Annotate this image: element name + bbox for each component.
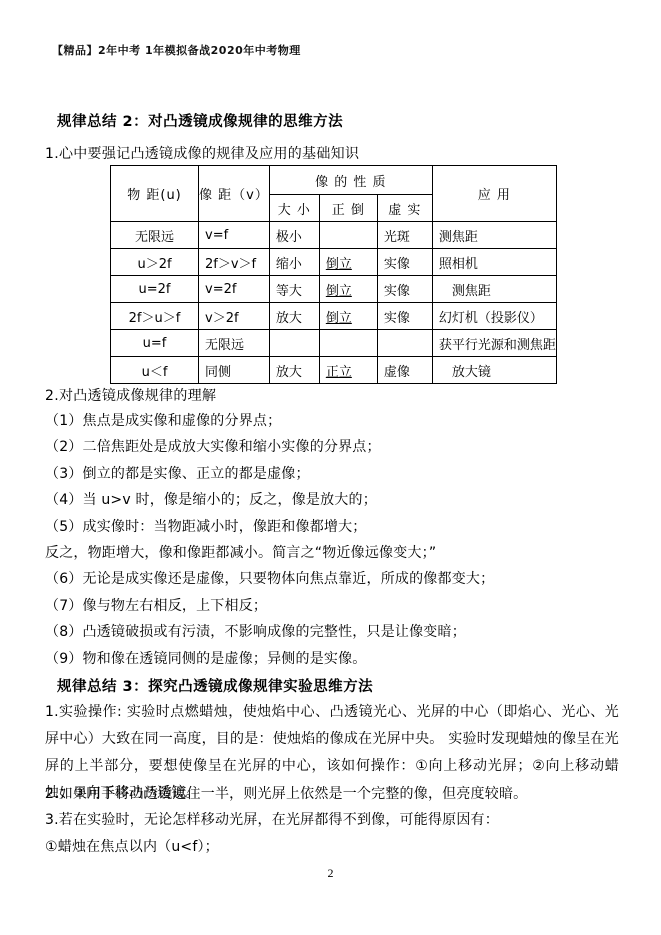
table-cell: 倒立 (319, 303, 377, 330)
table-cell: 无限远 (199, 330, 270, 357)
table-cell: 无限远 (111, 222, 199, 249)
col-header-orientation: 正 倒 (319, 195, 377, 222)
document-header: 【精品】2年中考 1年模拟备战2020年中考物理 (52, 42, 301, 58)
table-cell: 实像 (377, 303, 432, 330)
list-item: （1）焦点是成实像和虚像的分界点； (45, 408, 625, 434)
col-header-real-virtual: 虚 实 (377, 195, 432, 222)
half-cover-paragraph: 2.如果用手将凸透镜遮住一半，则光屏上依然是一个完整的像，但亮度较暗。 (45, 781, 527, 808)
table-row: 2f＞u＞fv＞2f放大倒立实像幻灯机（投影仪） (111, 303, 557, 330)
list-item: （8）凸透镜破损或有污渍，不影响成像的完整性，只是让像变暗； (45, 619, 625, 645)
table-cell: u＞2f (111, 249, 199, 276)
understanding-heading: 2.对凸透镜成像规律的理解 (45, 385, 216, 405)
col-header-size: 大 小 (269, 195, 319, 222)
table-cell: u=2f (111, 276, 199, 303)
page-number: 2 (0, 866, 661, 881)
table-cell: 极小 (269, 222, 319, 249)
list-item: （4）当 u>v 时，像是缩小的；反之，像是放大的； (45, 487, 625, 513)
table-cell (319, 222, 377, 249)
table-header-row-1: 物 距(u) 像 距（v） 像 的 性 质 应 用 (111, 166, 557, 195)
list-item: 反之，物距增大，像和像距都减小。简言之“物近像远像变大；” (45, 540, 625, 566)
table-cell: u＜f (111, 357, 199, 384)
list-item: （3）倒立的都是实像、正立的都是虚像； (45, 461, 625, 487)
section3-heading: 规律总结 3：探究凸透镜成像规律实验思维方法 (57, 675, 373, 696)
table-cell (377, 330, 432, 357)
table-cell: 虚像 (377, 357, 432, 384)
section3-body: 1.实验操作: 实验时点燃蜡烛，使烛焰中心、凸透镜光心、光屏的中心（即焰心、光心… (45, 699, 619, 807)
table-row: u=f无限远获平行光源和测焦距 (111, 330, 557, 357)
table-cell: v＞2f (199, 303, 270, 330)
table-cell: 缩小 (269, 249, 319, 276)
table-cell: 照相机 (432, 249, 556, 276)
col-header-application: 应 用 (432, 166, 556, 222)
list-item: （2）二倍焦距处是成放大实像和缩小实像的分界点； (45, 434, 625, 460)
table-cell: v=2f (199, 276, 270, 303)
col-header-image-distance: 像 距（v） (199, 166, 270, 222)
reason1-paragraph: ①蜡烛在焦点以内（u<f）； (45, 834, 219, 861)
col-header-object-distance: 物 距(u) (111, 166, 199, 222)
table-row: u＜f同侧放大正立虚像 放大镜 (111, 357, 557, 384)
table-cell: 2f＞u＞f (111, 303, 199, 330)
table-cell: 测焦距 (432, 222, 556, 249)
table-cell: 实像 (377, 249, 432, 276)
table-cell: 同侧 (199, 357, 270, 384)
no-image-paragraph: 3.若在实验时，无论怎样移动光屏，在光屏都得不到像，可能得原因有： (45, 807, 499, 834)
table-cell: 放大 (269, 303, 319, 330)
table-cell: 获平行光源和测焦距 (432, 330, 556, 357)
table-cell: 放大镜 (432, 357, 556, 384)
table-cell: 实像 (377, 276, 432, 303)
table-cell: 倒立 (319, 276, 377, 303)
table-row: 无限远v=f极小光斑测焦距 (111, 222, 557, 249)
list-item: （7）像与物左右相反，上下相反； (45, 593, 625, 619)
table-cell (269, 330, 319, 357)
section2-heading: 规律总结 2：对凸透镜成像规律的思维方法 (57, 110, 343, 131)
document-page: 【精品】2年中考 1年模拟备战2020年中考物理 规律总结 2：对凸透镜成像规律… (0, 0, 661, 935)
lens-imaging-table: 物 距(u) 像 距（v） 像 的 性 质 应 用 大 小 正 倒 虚 实 无限… (110, 165, 557, 384)
table-cell: 倒立 (319, 249, 377, 276)
section2-intro: 1.心中要强记凸透镜成像的规律及应用的基础知识 (45, 143, 359, 163)
list-item: （9）物和像在透镜同侧的是虚像；异侧的是实像。 (45, 646, 625, 672)
table-cell: 光斑 (377, 222, 432, 249)
table-row: u＞2f2f＞v＞f缩小倒立实像照相机 (111, 249, 557, 276)
table-cell: u=f (111, 330, 199, 357)
table-cell: 正立 (319, 357, 377, 384)
understanding-items: （1）焦点是成实像和虚像的分界点；（2）二倍焦距处是成放大实像和缩小实像的分界点… (45, 408, 625, 672)
table-cell (319, 330, 377, 357)
table-cell: 等大 (269, 276, 319, 303)
table-cell: 2f＞v＞f (199, 249, 270, 276)
table-row: u=2fv=2f等大倒立实像 测焦距 (111, 276, 557, 303)
table-cell: v=f (199, 222, 270, 249)
lens-table-body: 无限远v=f极小光斑测焦距u＞2f2f＞v＞f缩小倒立实像照相机u=2fv=2f… (111, 222, 557, 384)
list-item: （5）成实像时：当物距减小时，像距和像都增大； (45, 514, 625, 540)
table-cell: 放大 (269, 357, 319, 384)
table-cell: 幻灯机（投影仪） (432, 303, 556, 330)
table-cell: 测焦距 (432, 276, 556, 303)
list-item: （6）无论是成实像还是虚像，只要物体向焦点靠近，所成的像都变大； (45, 566, 625, 592)
col-header-image-properties: 像 的 性 质 (269, 166, 432, 195)
